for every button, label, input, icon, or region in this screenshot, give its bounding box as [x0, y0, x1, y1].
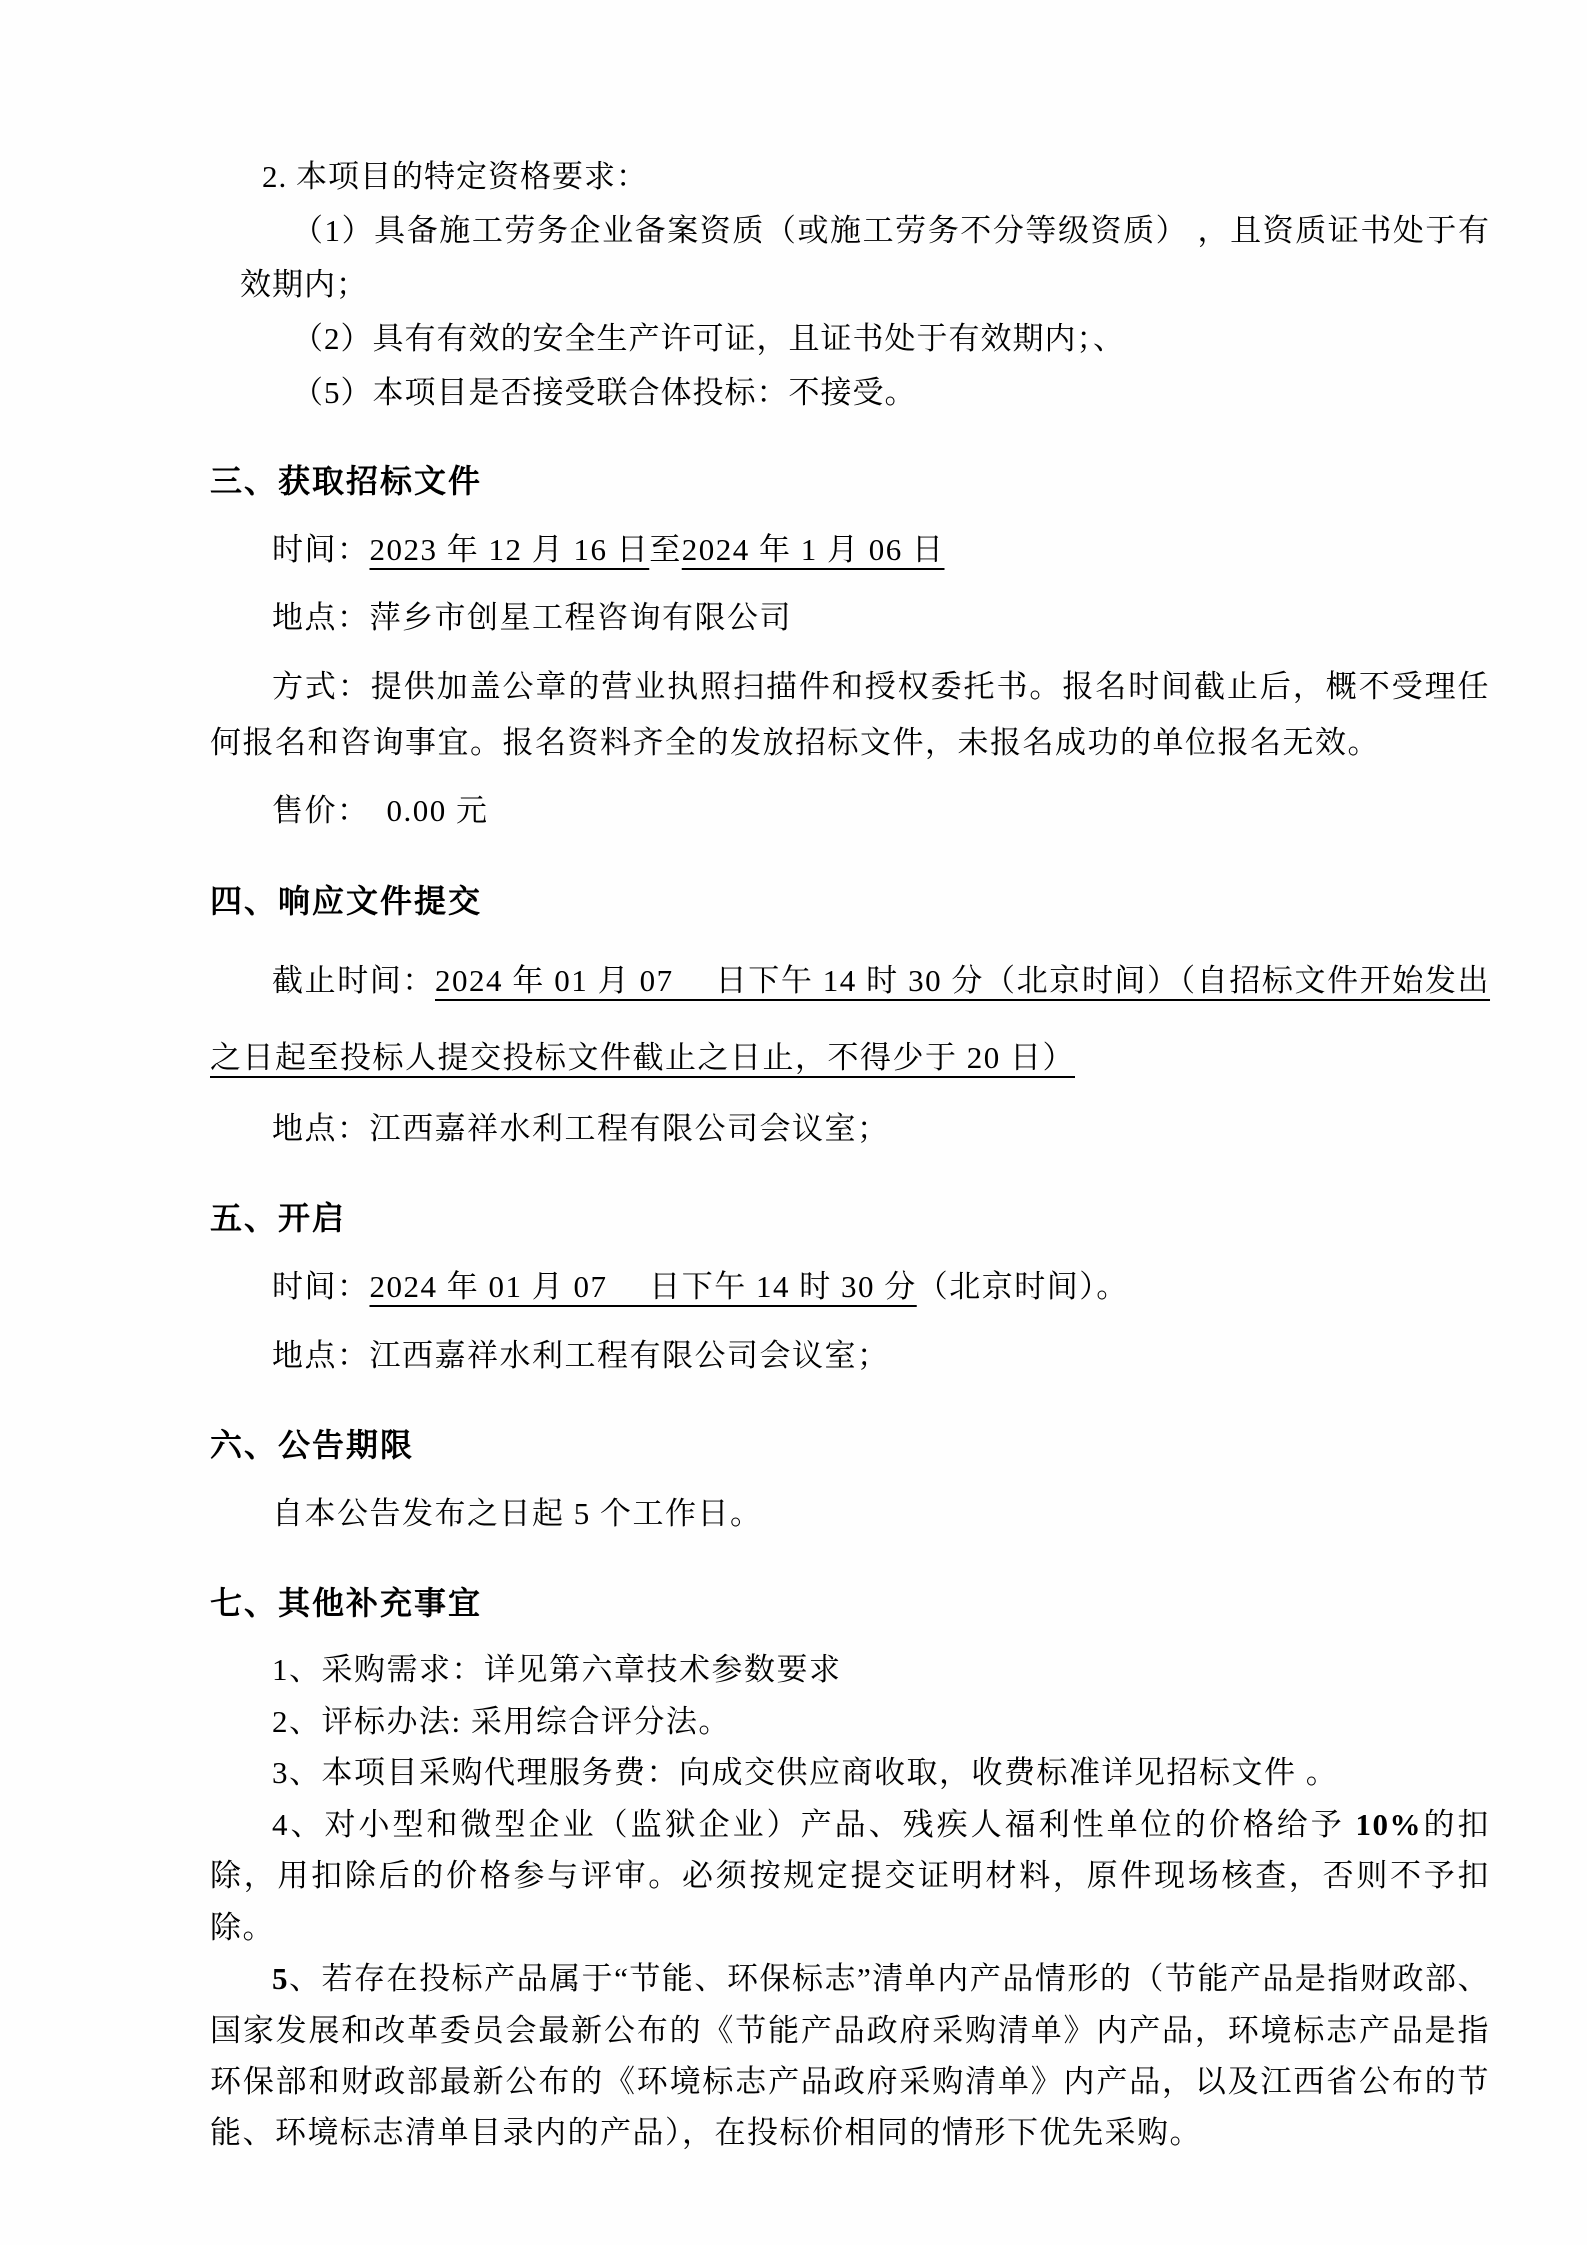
other-item-4-percent: 10% — [1355, 1807, 1422, 1842]
qualification-intro: 2. 本项目的特定资格要求： — [210, 150, 1490, 204]
section-heading-response-submission: 四、响应文件提交 — [210, 876, 1490, 922]
opening-time-suffix: （北京时间）。 — [917, 1269, 1129, 1304]
obtain-location-line: 地点：萍乡市创星工程咨询有限公司 — [210, 590, 1490, 646]
opening-time-value: 2024 年 01 月 07 日下午 14 时 30 分 — [370, 1269, 917, 1304]
other-item-2: 2、评标办法: 采用综合评分法。 — [210, 1696, 1490, 1747]
other-item-5-text: 、若存在投标产品属于“节能、环保标志”清单内产品情形的（节能产品是指财政部、国家… — [210, 1961, 1490, 2150]
announcement-period-body: 自本公告发布之日起 5 个工作日。 — [210, 1486, 1490, 1542]
obtain-time-label: 时间： — [272, 532, 370, 567]
obtain-time-end-date: 2024 年 1 月 06 日 — [682, 532, 945, 567]
other-item-5: 5、若存在投标产品属于“节能、环保标志”清单内产品情形的（节能产品是指财政部、国… — [210, 1953, 1490, 2159]
qualification-item-2: （2）具有有效的安全生产许可证，且证书处于有效期内；、 — [210, 312, 1490, 366]
obtain-price-line: 售价： 0.00 元 — [210, 783, 1490, 839]
section-heading-opening: 五、开启 — [210, 1193, 1490, 1239]
other-item-4-text-pre: 4、对小型和微型企业（监狱企业）产品、残疾人福利性单位的价格给予 — [272, 1807, 1355, 1842]
opening-time-label: 时间： — [272, 1269, 370, 1304]
section-heading-other-matters: 七、其他补充事宜 — [210, 1578, 1490, 1624]
obtain-method-paragraph: 方式：提供加盖公章的营业执照扫描件和授权委托书。报名时间截止后，概不受理任何报名… — [210, 659, 1490, 772]
document-content: 2. 本项目的特定资格要求： （1）具备施工劳务企业备案资质（或施工劳务不分等级… — [0, 0, 1587, 2159]
other-item-5-number: 5 — [272, 1961, 289, 1996]
qualification-item-1: （1）具备施工劳务企业备案资质（或施工劳务不分等级资质） ，且资质证书处于有效期… — [210, 204, 1490, 312]
obtain-time-line: 时间：2023 年 12 月 16 日至2024 年 1 月 06 日 — [210, 522, 1490, 578]
other-item-4: 4、对小型和微型企业（监狱企业）产品、残疾人福利性单位的价格给予 10%的扣除，… — [210, 1799, 1490, 1953]
submission-deadline-paragraph: 截止时间：2024 年 01 月 07 日下午 14 时 30 分（北京时间）（… — [210, 942, 1490, 1097]
section-heading-announcement-period: 六、公告期限 — [210, 1420, 1490, 1466]
qualification-item-5: （5）本项目是否接受联合体投标：不接受。 — [210, 366, 1490, 420]
section-heading-obtain-bid-documents: 三、获取招标文件 — [210, 456, 1490, 502]
submission-deadline-label: 截止时间： — [272, 963, 435, 998]
submission-location-line: 地点：江西嘉祥水利工程有限公司会议室； — [210, 1101, 1490, 1157]
document-page: 2. 本项目的特定资格要求： （1）具备施工劳务企业备案资质（或施工劳务不分等级… — [0, 0, 1587, 2245]
obtain-time-to: 至 — [649, 532, 682, 567]
opening-time-line: 时间：2024 年 01 月 07 日下午 14 时 30 分（北京时间）。 — [210, 1259, 1490, 1315]
obtain-time-start-date: 2023 年 12 月 16 日 — [370, 532, 650, 567]
opening-location-line: 地点：江西嘉祥水利工程有限公司会议室； — [210, 1328, 1490, 1384]
other-item-1: 1、采购需求：详见第六章技术参数要求 — [210, 1644, 1490, 1695]
other-item-3: 3、本项目采购代理服务费：向成交供应商收取，收费标准详见招标文件 。 — [210, 1747, 1490, 1798]
